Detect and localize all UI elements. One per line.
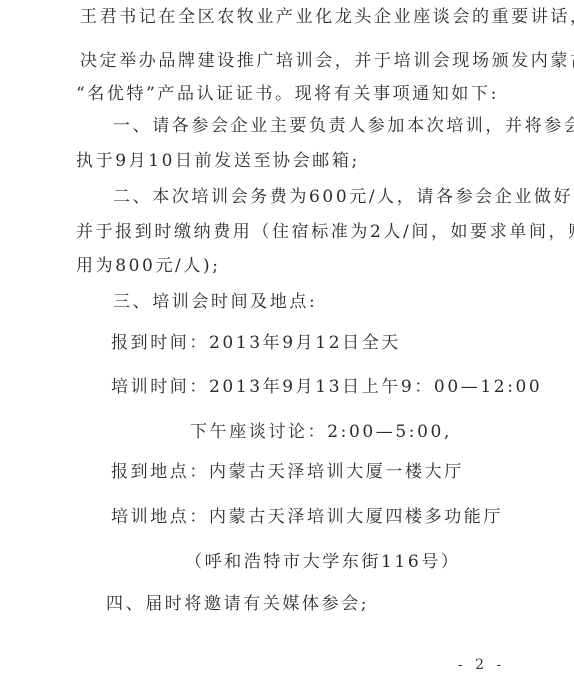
paragraph-line: “名优特”产品认证证书。现将有关事项通知如下:	[76, 83, 499, 105]
paragraph-line: 用为800元/人);	[76, 255, 221, 277]
section-three-heading: 三、培训会时间及地点:	[113, 291, 317, 313]
paragraph-line: 决定举办品牌建设推广培训会，并于培训会现场颁发内蒙古2013	[80, 50, 574, 72]
registration-location: 报到地点：内蒙古天泽培训大厦一楼大厅	[111, 461, 464, 483]
section-one-line: 一、请各参会企业主要负责人参加本次培训，并将参会回	[113, 115, 574, 137]
paragraph-line: 并于报到时缴纳费用（住宿标准为2人/间，如要求单间，则费	[76, 221, 574, 243]
paragraph-line: 执于9月10日前发送至协会邮箱;	[76, 150, 360, 172]
training-time: 培训时间：2013年9月13日上午9：00—12:00	[111, 376, 542, 398]
address-line: （呼和浩特市大学东街116号）	[185, 551, 460, 573]
registration-time: 报到时间：2013年9月12日全天	[111, 332, 401, 354]
document-page: 王君书记在全区农牧业产业化龙头企业座谈会的重要讲话，协会 决定举办品牌建设推广培…	[0, 0, 574, 684]
afternoon-discussion-time: 下午座谈讨论：2:00—5:00,	[190, 421, 452, 443]
section-four-line: 四、届时将邀请有关媒体参会;	[106, 593, 369, 615]
paragraph-line: 王君书记在全区农牧业产业化龙头企业座谈会的重要讲话，协会	[80, 6, 574, 28]
section-two-line: 二、本次培训会务费为600元/人，请各参会企业做好准备	[113, 186, 574, 208]
page-number: - 2 -	[458, 657, 505, 673]
training-location: 培训地点：内蒙古天泽培训大厦四楼多功能厅	[111, 506, 503, 528]
